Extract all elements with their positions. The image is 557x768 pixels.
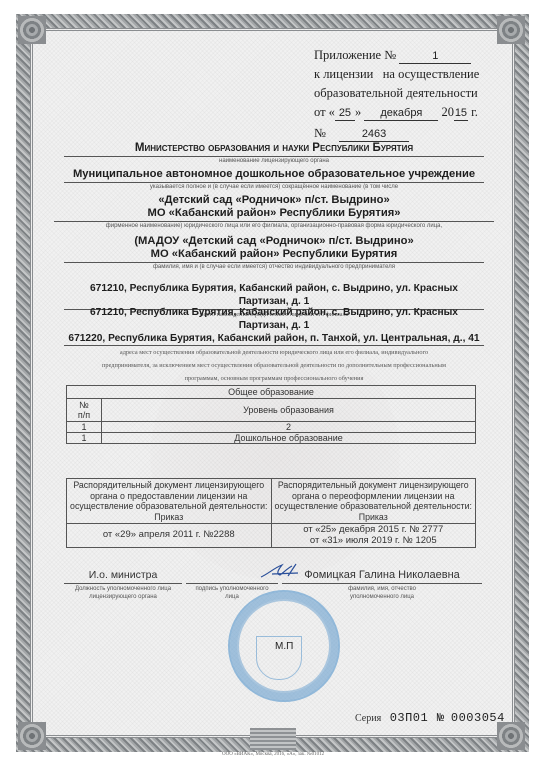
corner-ornament-icon <box>497 722 525 750</box>
date-month: декабря <box>364 107 438 121</box>
licensee-caption-3: фамилия, имя и (в случае если имеется) о… <box>64 262 484 272</box>
series-label: Серия <box>355 713 381 724</box>
row-level: Дошкольное образование <box>102 433 476 444</box>
orders-table: Распорядительный документ лицензирующего… <box>66 478 476 548</box>
activity-address-1: 671210, Республика Бурятия, Кабанский ра… <box>64 306 484 332</box>
signature-caption-1: подпись уполномоченного <box>186 585 278 593</box>
position-caption-1: Должность уполномоченного лица <box>64 585 182 593</box>
signature-caption-2: лица <box>186 593 278 601</box>
licensee-full-name-2: «Детский сад «Родничок» п/ст. Выдрино» <box>64 194 484 207</box>
licensee-caption-1: указывается полное и (в случае если имее… <box>64 182 484 192</box>
header-line: Распорядительный документ лицензирующего <box>275 480 473 491</box>
issuance-order-value: от «29» апреля 2011 г. №2288 <box>67 524 272 548</box>
corner-ornament-icon <box>497 16 525 44</box>
activity-caption-1: адреса мест осуществления образовательно… <box>64 345 484 359</box>
licensee-caption-2: фирменное наименование) юридического лиц… <box>54 221 494 231</box>
name-caption-2: уполномоченного лица <box>282 593 482 601</box>
signer-position: И.о. министра <box>64 569 182 584</box>
blank-series: Серия 03П01 № 0003054 <box>355 711 505 725</box>
series-code: 03П01 <box>390 711 429 725</box>
education-table-title: Общее образование <box>67 386 476 399</box>
row-level: 2 <box>102 422 476 433</box>
signer-full-name: Фомицкая Галина Николаевна <box>282 569 482 584</box>
header-line: осуществление образовательной деятельнос… <box>275 501 473 512</box>
year-end: г. <box>471 105 478 119</box>
col-header-level: Уровень образования <box>102 399 476 422</box>
appendix-label: Приложение № <box>314 48 396 62</box>
license-number: 2463 <box>339 128 409 142</box>
licensor-block: Министерство образования и науки Республ… <box>64 142 484 166</box>
license-no-label: № <box>314 126 326 140</box>
printer-note: ООО «ВИАК», Москва, 2016, «А», зак. №010… <box>222 752 324 757</box>
row-no: 1 <box>67 422 102 433</box>
licensor-name: Министерство образования и науки Республ… <box>64 142 484 155</box>
activity-caption-2: предпринимателя, за исключением мест осу… <box>64 359 484 372</box>
series-number-label: № <box>437 711 445 725</box>
year-prefix: 20 <box>441 105 454 119</box>
header-line: осуществление образовательной деятельнос… <box>70 501 268 512</box>
header-line: Приказ <box>275 512 473 523</box>
table-row: 1 2 <box>67 422 476 433</box>
licensee-short-name-2: МО «Кабанский район» Республики Бурятия <box>64 248 484 261</box>
licensee-short-name-1: (МАДОУ «Детский сад «Родничок» п/ст. Выд… <box>64 235 484 248</box>
name-caption-1: фамилия, имя, отчество <box>282 585 482 593</box>
reissuance-order-2: от «31» июля 2019 г. № 1205 <box>275 536 473 547</box>
reissuance-order-header: Распорядительный документ лицензирующего… <box>271 479 476 524</box>
bottom-ornament-icon <box>250 728 296 750</box>
header-line: органа о предоставлении лицензии на <box>70 491 268 502</box>
year-suffix: 15 <box>454 107 468 121</box>
header-line: Распорядительный документ лицензирующего <box>70 480 268 491</box>
position-caption-2: лицензирующего органа <box>64 593 182 601</box>
legal-address: 671210, Республика Бурятия, Кабанский ра… <box>64 282 484 308</box>
position-block: И.о. министра Должность уполномоченного … <box>64 569 182 601</box>
corner-ornament-icon <box>18 722 46 750</box>
header-line: органа о переоформлении лицензии на <box>275 491 473 502</box>
row-no: 1 <box>67 433 102 444</box>
date-prefix: от « <box>314 105 335 119</box>
handwritten-signature-icon <box>258 562 304 580</box>
reissuance-order-1: от «25» декабря 2015 г. № 2777 <box>275 525 473 536</box>
date-mid: » <box>355 105 361 119</box>
licensee-block: Муниципальное автономное дошкольное обра… <box>64 168 484 272</box>
licensor-caption: наименование лицензирующего органа <box>64 156 484 166</box>
stamp-label: М.П <box>275 641 293 652</box>
appendix-number: 1 <box>399 50 471 64</box>
activity-addresses-block: 671210, Республика Бурятия, Кабанский ра… <box>64 306 484 385</box>
col-header-no: № п/п <box>67 399 102 422</box>
appendix-line3: образовательной деятельности <box>314 84 504 103</box>
table-row: 1 Дошкольное образование <box>67 433 476 444</box>
licensee-full-name-1: Муниципальное автономное дошкольное обра… <box>64 168 484 181</box>
education-table: Общее образование № п/п Уровень образова… <box>66 385 476 444</box>
licensee-full-name-3: МО «Кабанский район» Республики Бурятия» <box>64 207 484 220</box>
issuance-order-header: Распорядительный документ лицензирующего… <box>67 479 272 524</box>
appendix-line2: к лицензии на осуществление <box>314 65 504 84</box>
signer-name-block: Фомицкая Галина Николаевна фамилия, имя,… <box>282 569 482 601</box>
series-number: 0003054 <box>451 711 505 725</box>
date-day: 25 <box>335 107 355 121</box>
col-no-line2: п/п <box>67 410 101 420</box>
col-no-line1: № <box>67 400 101 410</box>
activity-caption-3: программам, основным программам професси… <box>64 372 484 385</box>
reissuance-order-values: от «25» декабря 2015 г. № 2777 от «31» и… <box>271 524 476 548</box>
activity-address-2: 671220, Республика Бурятия, Кабанский ра… <box>64 332 484 345</box>
appendix-header: Приложение № 1 к лицензии на осуществлен… <box>314 46 504 143</box>
header-line: Приказ <box>70 512 268 523</box>
corner-ornament-icon <box>18 16 46 44</box>
